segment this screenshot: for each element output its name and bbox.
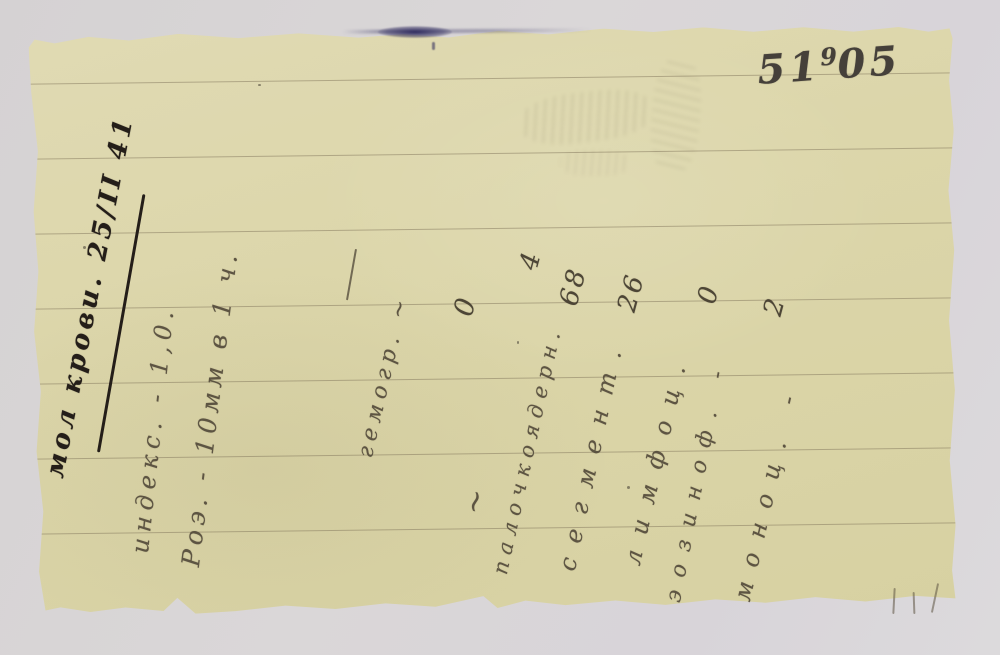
archive-number: 51905 xyxy=(756,40,903,91)
paper-speck xyxy=(83,246,86,249)
paper-speck xyxy=(517,341,519,344)
scanned-document-photo: 51905 мол крови. 25/II 41 индекс. - 1,0.… xyxy=(0,0,1000,655)
paper-speck xyxy=(627,486,630,489)
ink-smudge xyxy=(432,42,435,50)
pencil-tick-mark xyxy=(892,588,895,614)
archive-number-main: 51 xyxy=(756,43,823,94)
ink-smudge xyxy=(378,26,452,38)
bleed-through-mark xyxy=(560,150,630,176)
paper-speck xyxy=(258,84,261,86)
archive-number-suffix: 05 xyxy=(836,37,903,88)
